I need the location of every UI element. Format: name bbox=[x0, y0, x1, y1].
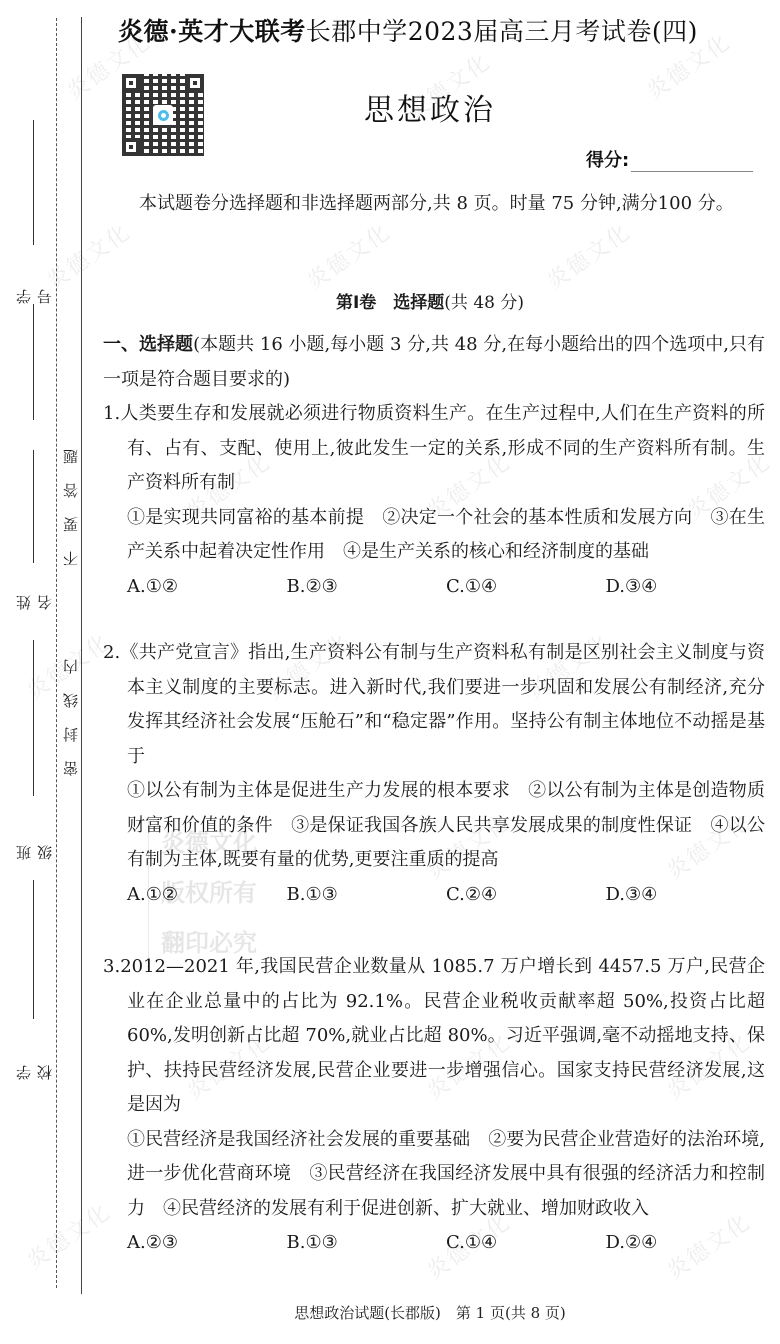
subject-title: 思想政治 bbox=[0, 85, 780, 129]
school-label: 学校 bbox=[13, 1019, 55, 1080]
score-field[interactable]: 得分: bbox=[586, 146, 753, 172]
exam-instructions: 本试题卷分选择题和非选择题两部分,共 8 页。时量 75 分钟,满分100 分。 bbox=[103, 187, 765, 222]
answer-choices: A.①② B.②③ C.①④ D.③④ bbox=[103, 570, 765, 605]
school-field[interactable]: 学校 bbox=[22, 880, 46, 1080]
watermark-text: 炎德文化 bbox=[540, 215, 636, 295]
question-stem: 2012—2021 年,我国民营企业数量从 1085.7 万户增长到 4457.… bbox=[120, 956, 765, 1115]
choice-d[interactable]: D.②④ bbox=[606, 1226, 766, 1261]
student-id-underline bbox=[34, 304, 35, 420]
exam-name: 长郡中学2023届高三月考试卷(四) bbox=[306, 17, 698, 46]
question-number: 1. bbox=[103, 403, 120, 424]
question-3: 3.2012—2021 年,我国民营企业数量从 1085.7 万户增长到 445… bbox=[103, 950, 765, 1261]
page-footer: 思想政治试题(长郡版) 第 1 页(共 8 页) bbox=[0, 1302, 780, 1323]
score-blank[interactable] bbox=[631, 171, 753, 172]
exam-brand: 炎德·英才大联考 bbox=[118, 17, 306, 46]
seal-note-no-answer: 不要答题 bbox=[60, 430, 80, 566]
choice-b[interactable]: B.②③ bbox=[287, 570, 447, 605]
question-stem: 人类要生存和发展就必须进行物质资料生产。在生产过程中,人们在生产资料的所有、占有… bbox=[120, 403, 765, 493]
student-id-field[interactable]: 学号 bbox=[22, 120, 46, 420]
class-label: 班级 bbox=[13, 796, 55, 860]
watermark-text: 炎德文化 bbox=[20, 1195, 116, 1275]
answer-choices: A.②③ B.①③ C.①④ D.②④ bbox=[103, 1226, 765, 1261]
choice-c[interactable]: C.①④ bbox=[446, 570, 606, 605]
school-underline bbox=[34, 880, 35, 1019]
class-field[interactable]: 班级 bbox=[22, 640, 46, 860]
watermark-text: 炎德文化 bbox=[300, 215, 396, 295]
section-heading: 一、选择题(本题共 16 小题,每小题 3 分,共 48 分,在每小题给出的四个… bbox=[103, 328, 765, 397]
name-label: 姓名 bbox=[13, 563, 55, 610]
section-note: (本题共 16 小题,每小题 3 分,共 48 分,在每小题给出的四个选项中,只… bbox=[103, 334, 765, 390]
seal-note-inside-line: 密封线内 bbox=[60, 640, 80, 776]
class-underline bbox=[34, 640, 35, 796]
copyright-stamp-watermark: 炎德文化 版权所有 翻印必究 bbox=[148, 818, 308, 968]
choice-c[interactable]: C.②④ bbox=[446, 878, 606, 913]
choice-b[interactable]: B.①③ bbox=[287, 1226, 447, 1261]
exam-title: 炎德·英才大联考长郡中学2023届高三月考试卷(四) bbox=[118, 12, 698, 48]
question-number: 3. bbox=[103, 956, 120, 977]
question-statements: ①民营经济是我国经济社会发展的重要基础 ②要为民营企业营造好的法治环境,进一步优… bbox=[103, 1123, 765, 1227]
choice-a[interactable]: A.②③ bbox=[127, 1226, 287, 1261]
choice-a[interactable]: A.①② bbox=[127, 570, 287, 605]
choice-c[interactable]: C.①④ bbox=[446, 1226, 606, 1261]
choice-b[interactable]: B.①③ bbox=[287, 878, 447, 913]
name-underline bbox=[34, 450, 35, 563]
section-label: 一、选择题 bbox=[103, 334, 193, 355]
binding-line-solid bbox=[81, 17, 82, 1294]
question-number: 2. bbox=[103, 642, 120, 663]
choice-d[interactable]: D.③④ bbox=[606, 878, 766, 913]
seal-line-dashed bbox=[56, 18, 57, 1288]
name-field[interactable]: 姓名 bbox=[22, 450, 46, 610]
choice-d[interactable]: D.③④ bbox=[606, 570, 766, 605]
question-1: 1.人类要生存和发展就必须进行物质资料生产。在生产过程中,人们在生产资料的所有、… bbox=[103, 397, 765, 604]
question-statements: ①是实现共同富裕的基本前提 ②决定一个社会的基本性质和发展方向 ③在生产关系中起… bbox=[103, 501, 765, 570]
score-label: 得分: bbox=[586, 150, 629, 171]
question-stem: 《共产党宣言》指出,生产资料公有制与生产资料私有制是区别社会主义制度与资本主义制… bbox=[120, 642, 765, 767]
part-heading: 第Ⅰ卷 选择题(共 48 分) bbox=[100, 288, 760, 313]
student-id-label: 学号 bbox=[13, 245, 55, 304]
